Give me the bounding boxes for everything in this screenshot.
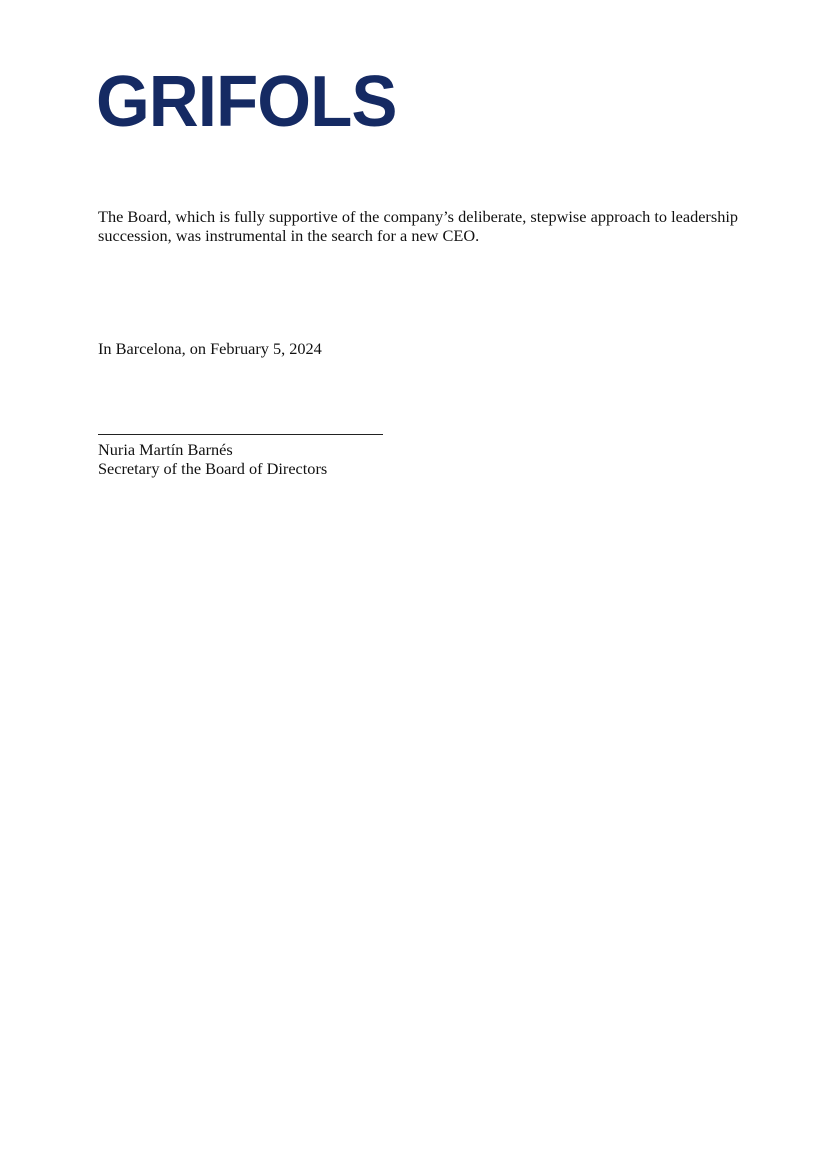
place-and-date: In Barcelona, on February 5, 2024: [98, 339, 322, 358]
signatory-name: Nuria Martín Barnés: [98, 440, 327, 459]
signature-line: [98, 434, 383, 435]
board-statement-paragraph: The Board, which is fully supportive of …: [98, 207, 738, 245]
signatory-block: Nuria Martín Barnés Secretary of the Boa…: [98, 440, 327, 478]
signatory-title: Secretary of the Board of Directors: [98, 459, 327, 478]
grifols-logo: GRIFOLS: [96, 66, 396, 138]
